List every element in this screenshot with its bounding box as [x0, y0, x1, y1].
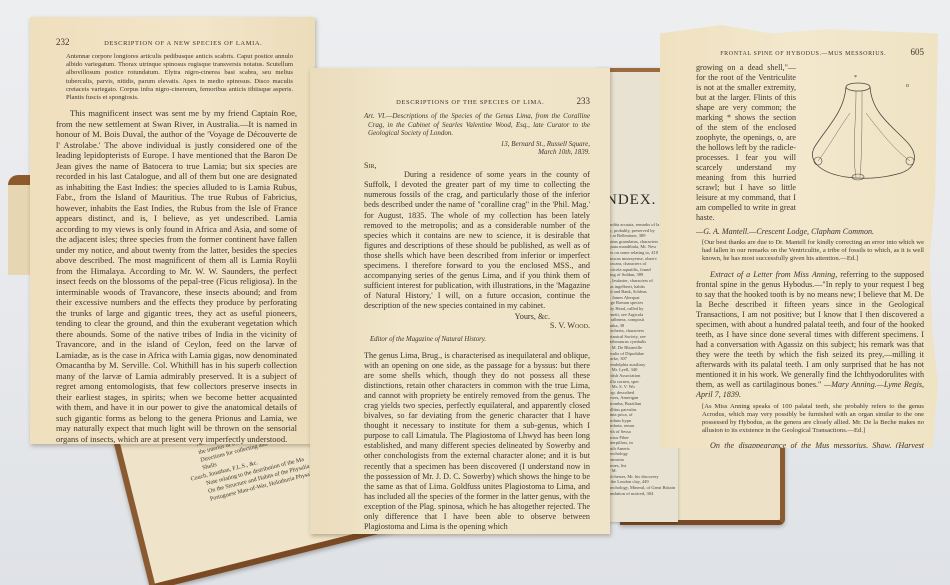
anning-letter: Extract of a Letter from Miss Anning, re…: [696, 270, 924, 400]
mantell-attribution: —G. A. Mantell.—Crescent Lodge, Clapham …: [696, 227, 924, 236]
mus-title: On the disappearance of the Mus messoriu…: [696, 441, 924, 448]
closing: Yours, &c.: [364, 312, 590, 321]
left-page-header: 232 DESCRIPTION OF A NEW SPECIES OF LAMI…: [56, 37, 297, 47]
addressee: Editor of the Magazine of Natural Histor…: [370, 336, 590, 343]
letter-date: March 10th, 1839.: [364, 148, 590, 156]
letter-address: 13, Bernard St., Russell Square,: [364, 140, 590, 148]
left-page: 232 DESCRIPTION OF A NEW SPECIES OF LAMI…: [30, 17, 315, 444]
running-head: DESCRIPTIONS OF THE SPECIES OF LIMA.: [364, 99, 577, 106]
running-head: FRONTAL SPINE OF HYBODUS.—MUS MESSORIUS.: [696, 51, 911, 57]
index-entry: Conchology, Mineral, of Great Britain: [606, 485, 676, 491]
article-title: Art. VI.—Descriptions of the Species of …: [364, 112, 590, 138]
svg-text:*: *: [854, 75, 857, 81]
latin-description: Antennæ corpore longiores articulis pedi…: [56, 53, 297, 108]
right-page: FRONTAL SPINE OF HYBODUS.—MUS MESSORIUS.…: [660, 25, 938, 448]
page-number: 605: [911, 47, 925, 57]
center-page: DESCRIPTIONS OF THE SPECIES OF LIMA. 233…: [310, 68, 610, 534]
anning-title: Extract of a Letter from Miss Anning,: [710, 270, 837, 279]
center-page-header: DESCRIPTIONS OF THE SPECIES OF LIMA. 233: [364, 96, 590, 106]
article-body: This magnificent insect was sent me by m…: [56, 108, 297, 444]
right-page-header: FRONTAL SPINE OF HYBODUS.—MUS MESSORIUS.…: [696, 47, 924, 57]
svg-text:o: o: [906, 83, 909, 89]
running-head: DESCRIPTION OF A NEW SPECIES OF LAMIA.: [70, 40, 298, 47]
article-body: The genus Lima, Brug., is characterised …: [364, 351, 590, 533]
index-title: NDEX.: [606, 192, 656, 209]
mus-messorius-article: On the disappearance of the Mus messoriu…: [696, 441, 924, 448]
page-number: 233: [577, 96, 591, 106]
signature: S. V. Wood.: [364, 321, 590, 330]
ventriculite-illustration: * o: [806, 73, 926, 183]
page-number: 232: [56, 37, 70, 47]
letter-body: During a residence of some years in the …: [364, 170, 590, 311]
salutation: Sir,: [364, 161, 590, 170]
anning-body: referring to the supposed frontal spine …: [696, 270, 924, 389]
editor-note-2: [As Miss Anning speaks of 100 palatal te…: [696, 403, 924, 436]
editor-note-1: [Our best thanks are due to Dr. Mantell …: [696, 239, 924, 264]
index-entry: translation of noticed, 304: [606, 491, 676, 497]
